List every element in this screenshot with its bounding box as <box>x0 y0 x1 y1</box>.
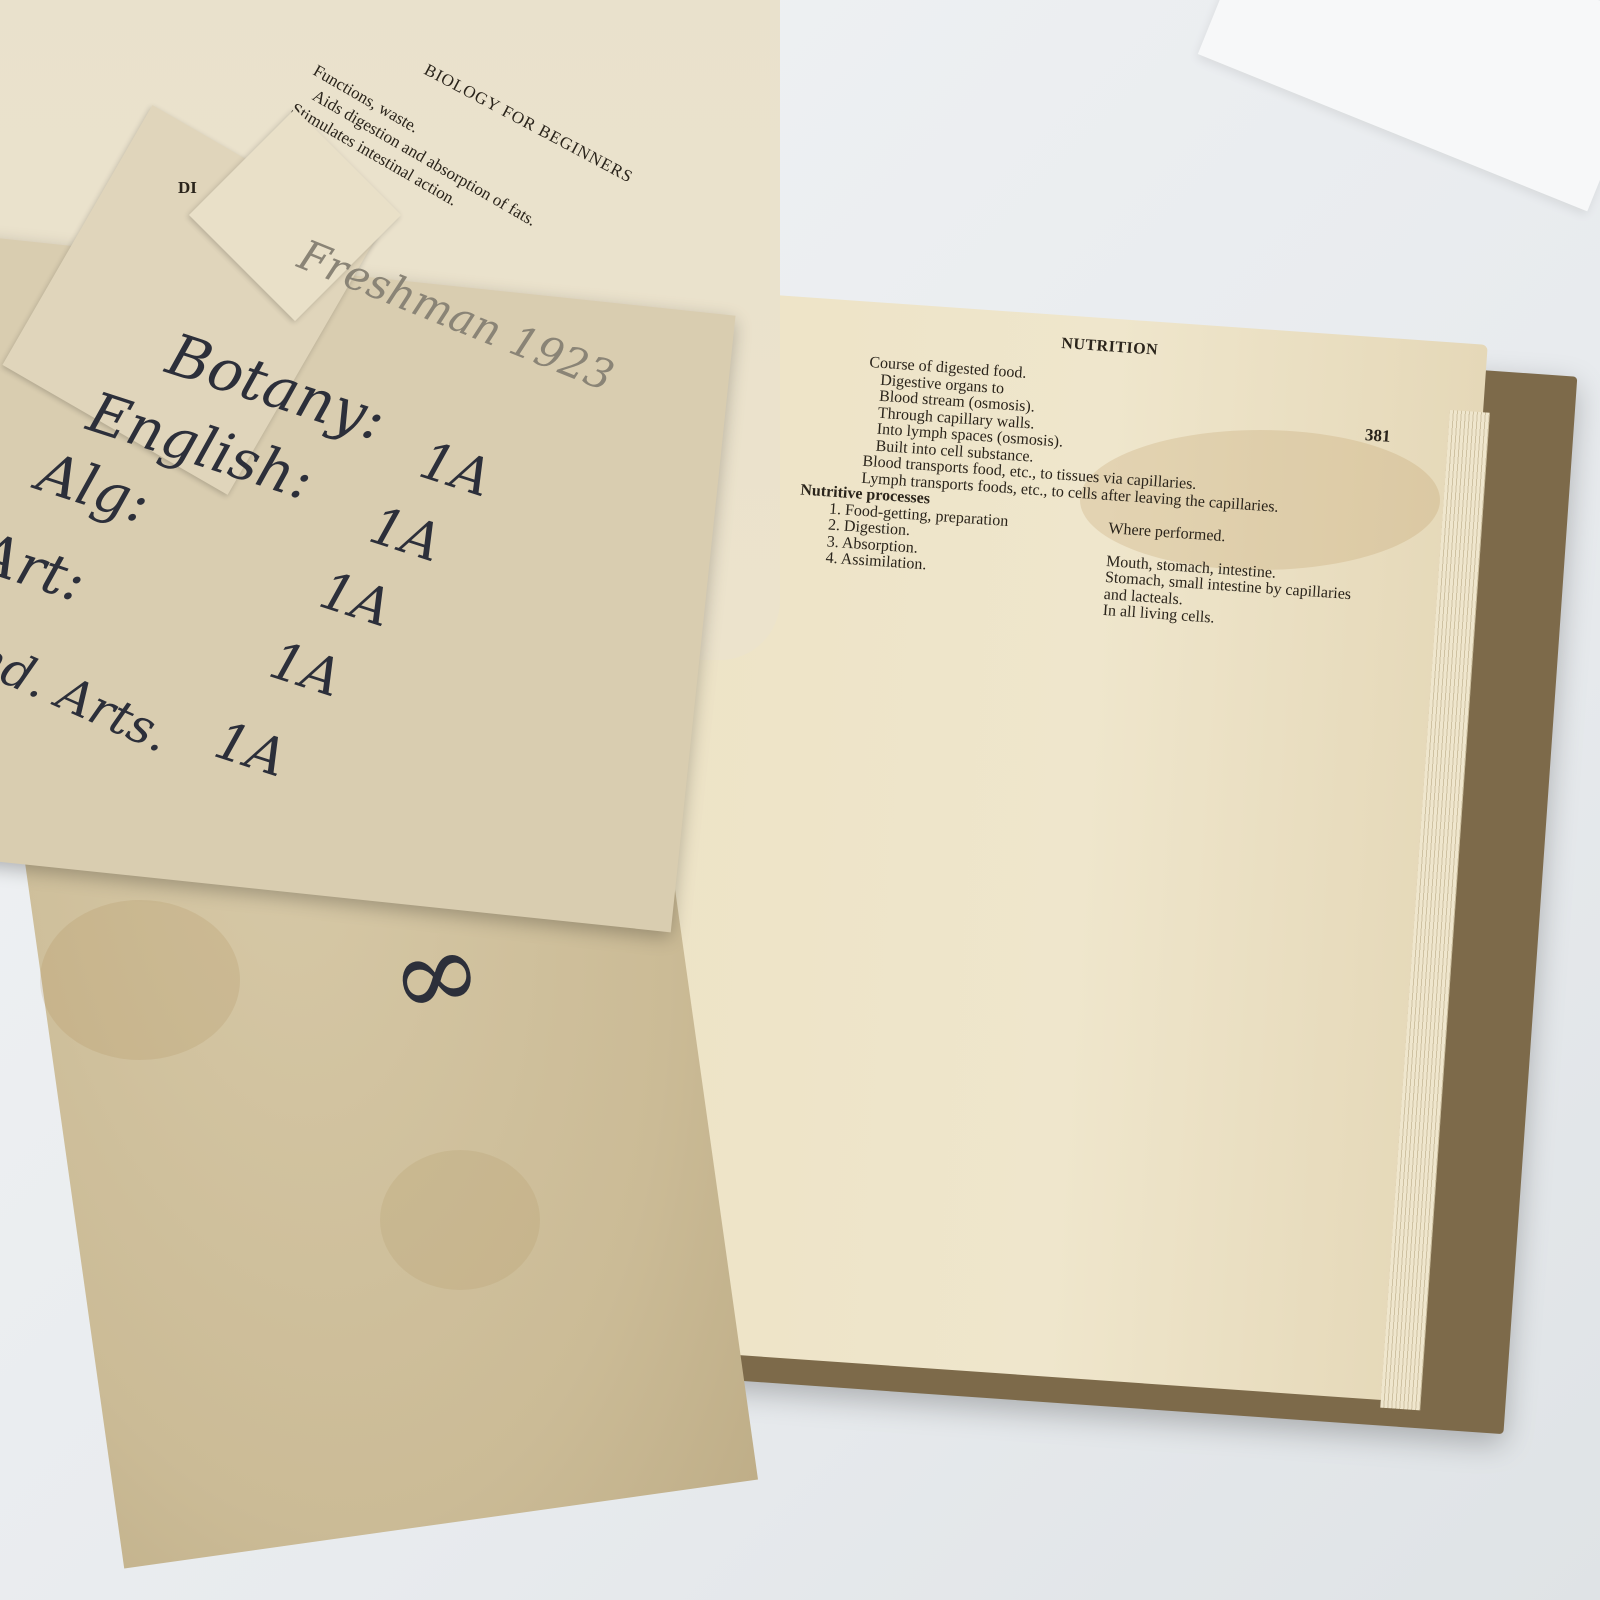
age-stain <box>380 1150 540 1290</box>
partial-heading: DI <box>178 178 197 198</box>
right-page-body: Course of digested food. Digestive organ… <box>853 355 1389 638</box>
age-stain <box>40 900 240 1060</box>
